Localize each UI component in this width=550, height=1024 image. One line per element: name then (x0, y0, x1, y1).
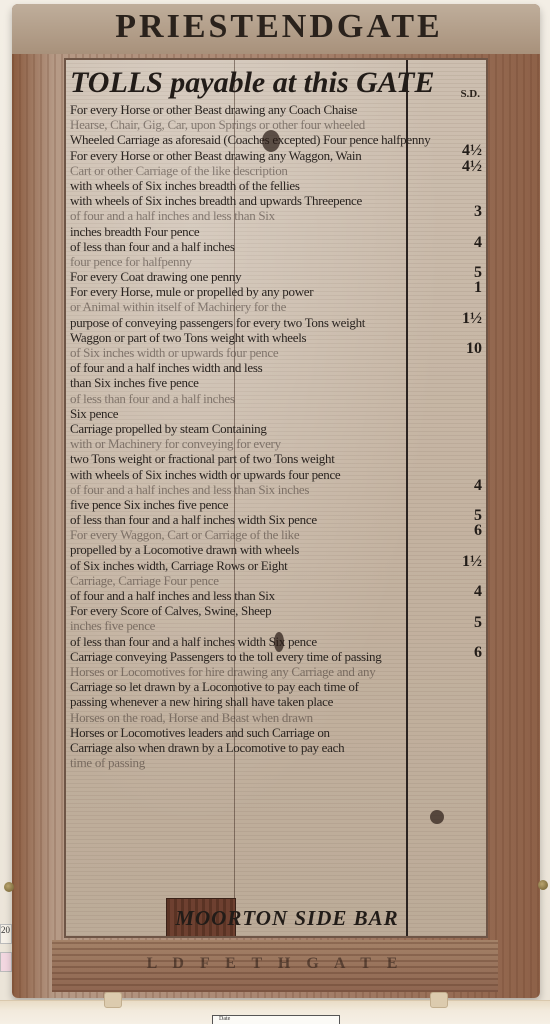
toll-line: time of passing (70, 755, 440, 770)
toll-line: Hearse, Chair, Gig, Car, upon Springs or… (70, 117, 440, 132)
toll-line: Carriage so let drawn by a Locomotive to… (70, 679, 440, 694)
toll-amount: 10 (466, 340, 482, 358)
toll-line: with or Machinery for conveying for ever… (70, 436, 440, 451)
shillings-pence-header: S.D. (460, 88, 480, 100)
wall-mount-knob-left (4, 882, 14, 892)
toll-line: Carriage conveying Passengers to the tol… (70, 649, 440, 664)
toll-line: Carriage, Carriage Four pence (70, 573, 440, 588)
toll-panel: TOLLS payable at this GATE S.D. For ever… (64, 58, 488, 938)
toll-line: inches five pence (70, 618, 440, 633)
toll-line: passing whenever a new hiring shall have… (70, 694, 440, 709)
side-color-tag (0, 952, 12, 972)
toll-line: of Six inches width or upwards four penc… (70, 345, 440, 360)
toll-line: of four and a half inches and less than … (70, 482, 440, 497)
museum-label-card: Date (212, 1015, 340, 1024)
side-number-tag: 20 (0, 924, 12, 944)
toll-line: of less than four and a half inches widt… (70, 634, 440, 649)
tolls-heading: TOLLS payable at this GATE (66, 66, 488, 100)
toll-amount: 1½ (462, 310, 482, 328)
toll-line: of four and a half inches and less than … (70, 588, 440, 603)
toll-amount: 4 (474, 234, 482, 252)
toll-amount: 1½ (462, 553, 482, 571)
toll-line: For every Horse or other Beast drawing a… (70, 148, 440, 163)
toll-line: Horses or Locomotives for hire drawing a… (70, 664, 440, 679)
toll-amount: 6 (474, 644, 482, 662)
toll-line: For every Score of Calves, Swine, Sheep (70, 603, 440, 618)
toll-amount: 3 (474, 203, 482, 221)
toll-line: Wheeled Carriage as aforesaid (Coaches e… (70, 132, 440, 147)
toll-amount: 4 (474, 583, 482, 601)
toll-line: with wheels of Six inches breadth and up… (70, 193, 440, 208)
toll-amount: 1 (474, 279, 482, 297)
toll-line: with wheels of Six inches width or upwar… (70, 467, 440, 482)
toll-text-lines: For every Horse or other Beast drawing a… (70, 102, 440, 770)
toll-line: propelled by a Locomotive drawn with whe… (70, 542, 440, 557)
bar-name: MOORTON SIDE BAR (122, 906, 452, 931)
toll-line: of less than four and a half inches (70, 239, 440, 254)
toll-line: Cart or other Carriage of the like descr… (70, 163, 440, 178)
toll-line: Horses on the road, Horse and Beast when… (70, 710, 440, 725)
bottom-inscription: L D F E T H G A T E (52, 955, 498, 973)
toll-amount: 4 (474, 477, 482, 495)
support-peg-left (104, 992, 122, 1008)
toll-line: Carriage propelled by steam Containing (70, 421, 440, 436)
toll-amount: 6 (474, 522, 482, 540)
toll-amount: 5 (474, 614, 482, 632)
toll-line: For every Coat drawing one penny (70, 269, 440, 284)
toll-line: or Animal within itself of Machinery for… (70, 299, 440, 314)
toll-line: of Six inches width, Carriage Rows or Ei… (70, 558, 440, 573)
toll-line: of four and a half inches and less than … (70, 208, 440, 223)
toll-amount: 4½ (462, 158, 482, 176)
toll-line: Waggon or part of two Tons weight with w… (70, 330, 440, 345)
toll-line: of four and a half inches width and less (70, 360, 440, 375)
toll-line: two Tons weight or fractional part of tw… (70, 451, 440, 466)
toll-line: five pence Six inches five pence (70, 497, 440, 512)
toll-line: of less than four and a half inches (70, 391, 440, 406)
toll-line: Horses or Locomotives leaders and such C… (70, 725, 440, 740)
support-peg-right (430, 992, 448, 1008)
ink-stain (430, 810, 444, 824)
ink-stain (274, 632, 284, 652)
toll-line: inches breadth Four pence (70, 224, 440, 239)
toll-line: than Six inches five pence (70, 375, 440, 390)
toll-line: For every Waggon, Cart or Carriage of th… (70, 527, 440, 542)
toll-line: For every Horse or other Beast drawing a… (70, 102, 440, 117)
toll-line: For every Horse, mule or propelled by an… (70, 284, 440, 299)
gate-name: PRIESTENDGATE (34, 8, 524, 46)
toll-line: purpose of conveying passengers for ever… (70, 315, 440, 330)
ink-stain (262, 130, 280, 152)
toll-line: of less than four and a half inches widt… (70, 512, 440, 527)
toll-line: Carriage also when drawn by a Locomotive… (70, 740, 440, 755)
toll-line: four pence for halfpenny (70, 254, 440, 269)
toll-line: with wheels of Six inches breadth of the… (70, 178, 440, 193)
wall-mount-knob-right (538, 880, 548, 890)
toll-line: Six pence (70, 406, 440, 421)
